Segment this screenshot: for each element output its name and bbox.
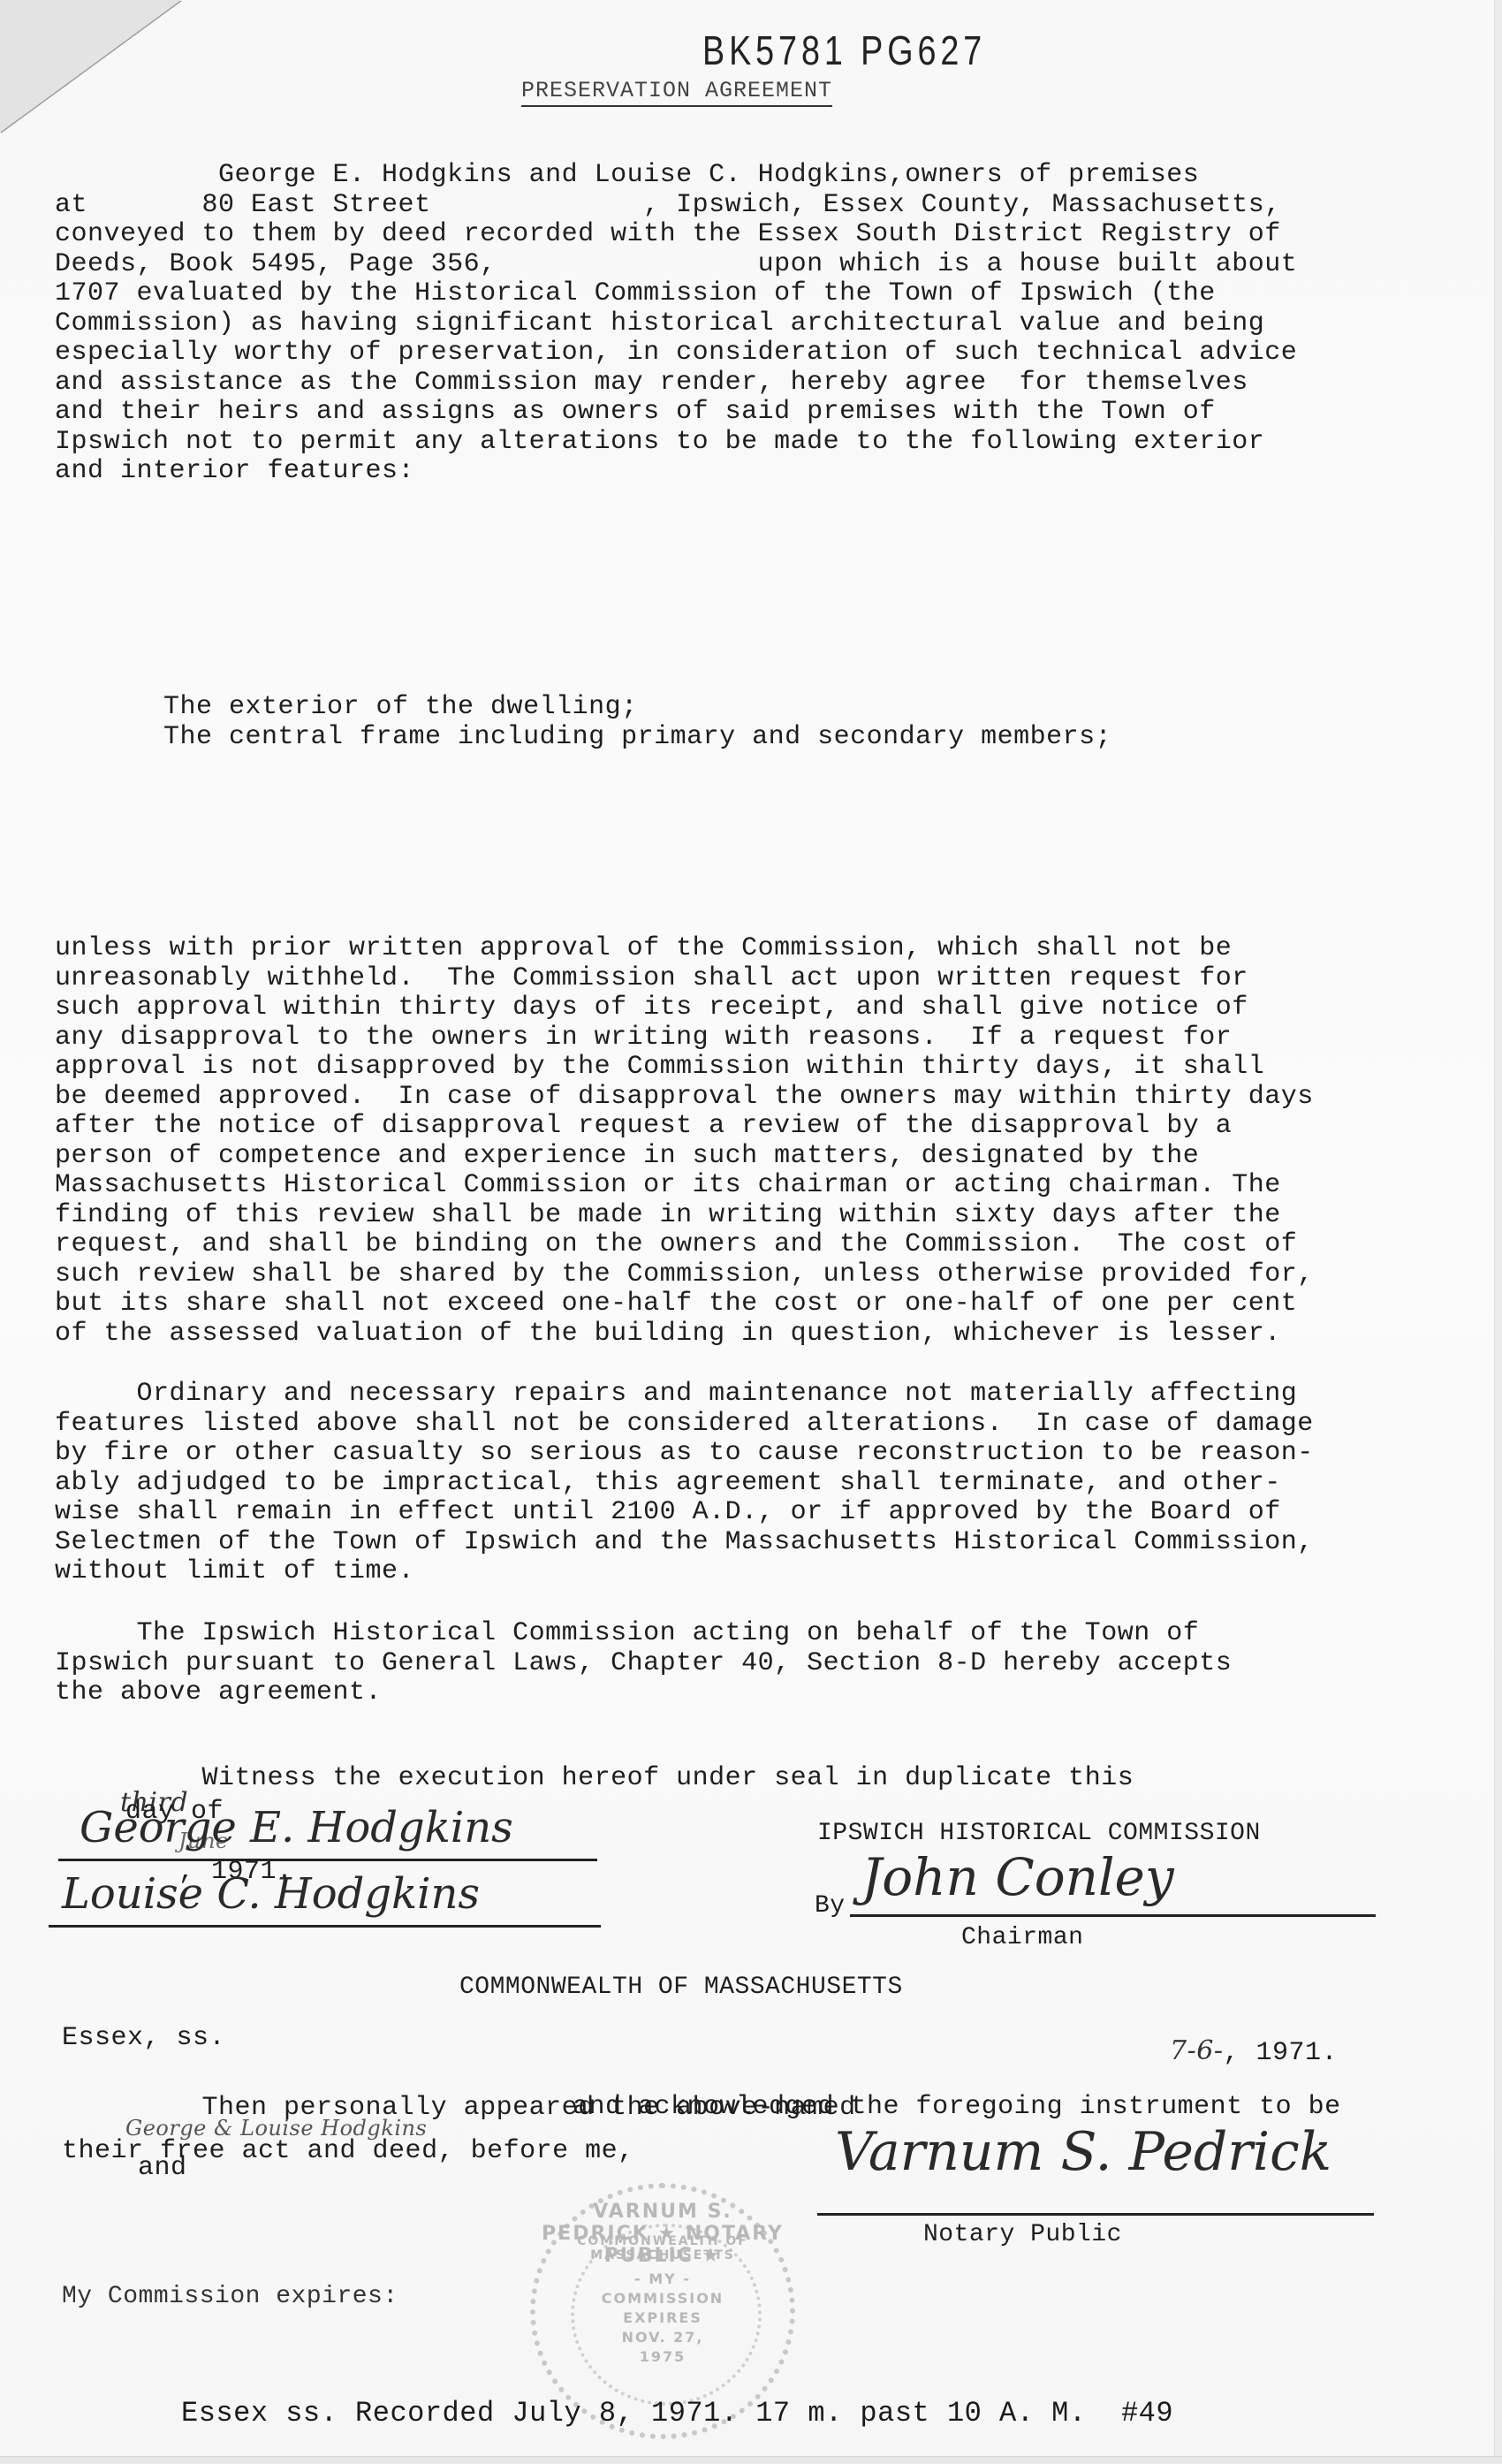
text-line: finding of this review shall be made in … [55, 1201, 1468, 1231]
text-line: Massachusetts Historical Commission or i… [55, 1171, 1468, 1201]
text-line: after the notice of disapproval request … [55, 1112, 1468, 1142]
text-line: unreasonably withheld. The Commission sh… [55, 964, 1468, 994]
acknowledgment-date-handwritten: 7-6- [1170, 2035, 1223, 2066]
commission-expires-label: My Commission expires: [62, 2282, 398, 2312]
text-line: of the assessed valuation of the buildin… [55, 1319, 1468, 1350]
book-page-stamp: BK5781 PG627 [702, 27, 986, 74]
seal-line: COMMISSION [535, 2289, 790, 2308]
text-line: and interior features: [55, 457, 1468, 487]
signature-line-owner1 [58, 1859, 597, 1861]
county-venue: Essex, ss. [62, 2024, 225, 2054]
text-line: Ipswich not to permit any alterations to… [55, 428, 1468, 458]
commission-name: IPSWICH HISTORICAL COMMISSION [817, 1819, 1261, 1849]
text-line: such review shall be shared by the Commi… [55, 1260, 1468, 1290]
text-line: Ipswich pursuant to General Laws, Chapte… [55, 1649, 1468, 1679]
paper-edge-right [1494, 0, 1502, 2464]
text-line: Selectmen of the Town of Ipswich and the… [55, 1528, 1468, 1558]
signature-line-notary [817, 2213, 1374, 2216]
seal-line: EXPIRES [535, 2308, 790, 2328]
text-line: approval is not disapproved by the Commi… [55, 1053, 1468, 1083]
approval-paragraph: unless with prior written approval of th… [55, 934, 1468, 1349]
text-line: but its share shall not exceed one-half … [55, 1289, 1468, 1319]
feature-item: The exterior of the dwelling; [163, 693, 1111, 723]
chairman-label: Chairman [961, 1923, 1083, 1953]
document-page: BK5781 PG627 PRESERVATION AGREEMENT Geor… [0, 0, 1502, 2464]
signature-line-owner2 [49, 1925, 601, 1928]
text-line: unless with prior written approval of th… [55, 934, 1468, 964]
commonwealth-heading: COMMONWEALTH OF MASSACHUSETTS [459, 1973, 903, 2003]
text-line: ably adjudged to be impractical, this ag… [55, 1469, 1468, 1499]
text-line: person of competence and experience in s… [55, 1142, 1468, 1172]
recording-note: Essex ss. Recorded July 8, 1971. 17 m. p… [181, 2397, 1173, 2430]
seal-line: NOV. 27, [535, 2328, 790, 2347]
signature-george-hodgkins: George E. Hodgkins [80, 1803, 513, 1852]
text-line: and their heirs and assigns as owners of… [55, 398, 1468, 428]
text-line: any disapproval to the owners in writing… [55, 1023, 1468, 1053]
signature-notary: Varnum S. Pedrick [835, 2121, 1331, 2183]
by-label: By [815, 1891, 846, 1921]
text-line: such approval within thirty days of its … [55, 993, 1468, 1023]
text-line: especially worthy of preservation, in co… [55, 338, 1468, 369]
acknowledgment-line3: their free act and deed, before me, [62, 2137, 634, 2167]
repairs-paragraph: Ordinary and necessary repairs and maint… [55, 1380, 1468, 1587]
text-line: request, and shall be binding on the own… [55, 1230, 1468, 1260]
text-line: by fire or other casualty so serious as … [55, 1439, 1468, 1469]
features-list: The exterior of the dwelling;The central… [163, 693, 1111, 752]
acceptance-paragraph: The Ipswich Historical Commission acting… [55, 1619, 1468, 1708]
text-line: at 80 East Street , Ipswich, Essex Count… [55, 191, 1468, 221]
intro-paragraph: George E. Hodgkins and Louise C. Hodgkin… [55, 161, 1468, 487]
acknowledgment-date-year: , 1971. [1223, 2038, 1338, 2068]
signature-louise-hodgkins: Louise C. Hodgkins [62, 1869, 480, 1919]
text-line: Commission) as having significant histor… [55, 309, 1468, 339]
signature-line-chairman [850, 1914, 1376, 1917]
text-line: Ordinary and necessary repairs and maint… [55, 1380, 1468, 1410]
text-line: be deemed approved. In case of disapprov… [55, 1083, 1468, 1113]
text-line: without limit of time. [55, 1557, 1468, 1587]
seal-line: - MY - [535, 2270, 790, 2289]
text-line: Deeds, Book 5495, Page 356, upon which i… [55, 250, 1468, 280]
acknowledgment-line2: and acknowledged the foregoing instrumen… [573, 2093, 1341, 2123]
text-line: George E. Hodgkins and Louise C. Hodgkin… [55, 161, 1468, 191]
notary-label: Notary Public [923, 2220, 1122, 2250]
seal-line: 1975 [535, 2347, 790, 2367]
text-line: the above agreement. [55, 1678, 1468, 1708]
feature-item: The central frame including primary and … [163, 723, 1111, 753]
signature-chairman: John Conley [861, 1847, 1174, 1907]
text-line: conveyed to them by deed recorded with t… [55, 220, 1468, 250]
acknowledgment-date: 7-6-, 1971. [1104, 2006, 1338, 2098]
paper-edge-bottom [0, 2456, 1502, 2464]
text-line: The Ipswich Historical Commission acting… [55, 1619, 1468, 1649]
text-line: 1707 evaluated by the Historical Commiss… [55, 279, 1468, 309]
seal-center-text: - MY -COMMISSIONEXPIRESNOV. 27,1975 [535, 2270, 790, 2367]
text-line: features listed above shall not be consi… [55, 1410, 1468, 1440]
seal-ring-text: COMMONWEALTH OF MASSACHUSETTS [535, 2234, 790, 2262]
text-line: wise shall remain in effect until 2100 A… [55, 1498, 1468, 1528]
text-line: and assistance as the Commission may ren… [55, 369, 1468, 399]
document-title: PRESERVATION AGREEMENT [521, 78, 832, 107]
torn-corner [0, 0, 181, 133]
